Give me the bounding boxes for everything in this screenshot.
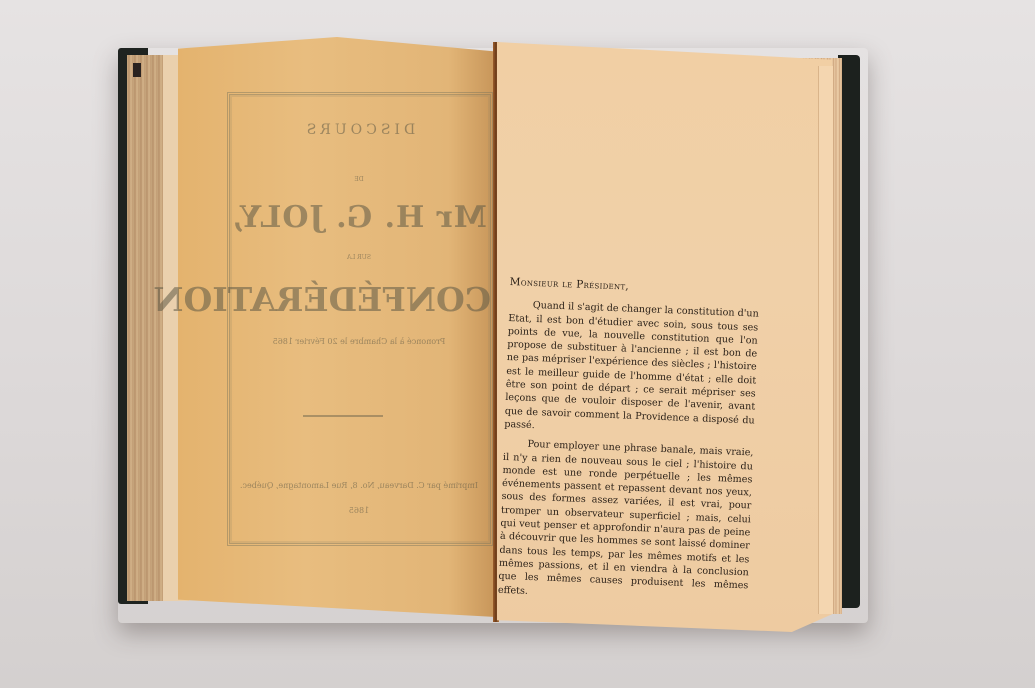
bleed-de: DE — [227, 176, 491, 183]
bleed-delivered-line: Prononcé à la Chambre le 20 Février 1865 — [227, 337, 491, 346]
bleed-printer-line: Imprimé par C. Darveau, No. 8, Rue Lamon… — [227, 481, 491, 490]
bleed-divider-rule — [303, 415, 383, 417]
title-page-border-bleed — [227, 92, 493, 546]
bleed-year: 1865 — [227, 506, 491, 515]
bleed-sur: SUR LA — [227, 254, 491, 261]
bleed-title: DISCOURS — [227, 122, 491, 138]
right-page-edge — [818, 66, 833, 614]
bleed-author-name: Mr H. G. JOLY, — [227, 200, 491, 235]
bleed-subject: CONFÉDÉRATION — [227, 280, 491, 319]
page-text: Monsieur le Président, Quand il s'agit d… — [497, 276, 759, 612]
spine-label — [133, 63, 141, 77]
paragraph-2: Pour employer une phrase banale, mais vr… — [498, 437, 754, 606]
paragraph-1: Quand il s'agit de changer la constituti… — [504, 298, 759, 440]
